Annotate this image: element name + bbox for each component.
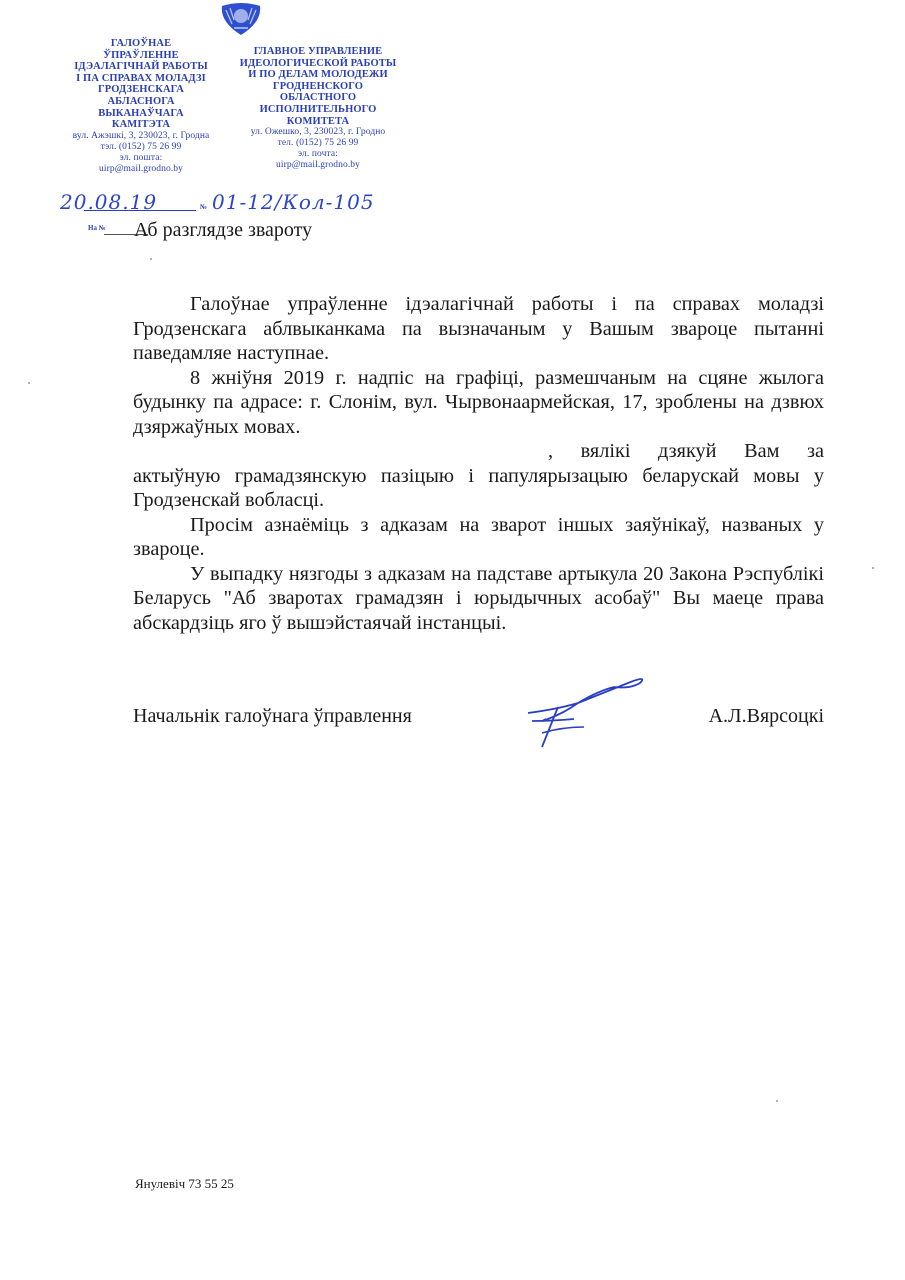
org-line: ОБЛАСТНОГО xyxy=(238,92,398,104)
org-phone: тэл. (0152) 75 26 99 xyxy=(72,142,210,153)
org-email: uirp@mail.grodno.by xyxy=(72,164,210,175)
scan-speck xyxy=(28,382,30,384)
executor-contact: Янулевіч 73 55 25 xyxy=(135,1176,234,1192)
org-line: И ПО ДЕЛАМ МОЛОДЕЖИ xyxy=(238,69,398,81)
paragraph: Галоўнае упраўленне ідэалагічнай работы … xyxy=(133,292,824,366)
letter-body: Галоўнае упраўленне ідэалагічнай работы … xyxy=(133,292,824,635)
number-label: № xyxy=(200,203,207,211)
org-line: ВЫКАНАЎЧАГА xyxy=(72,108,210,120)
subject-line: Аб разглядзе звароту xyxy=(134,219,312,242)
handwritten-date: 20.08.19 xyxy=(60,190,157,214)
handwritten-signature-icon xyxy=(518,669,668,749)
org-address: вул. Ажэшкі, 3, 230023, г. Гродна xyxy=(72,131,210,142)
handwritten-reg-number: 01-12/Кол-105 xyxy=(212,190,375,214)
scan-speck xyxy=(776,1100,778,1102)
org-line: КОМИТЕТА xyxy=(238,116,398,128)
org-line: КАМІТЭТА xyxy=(72,119,210,131)
org-line: ИСПОЛНИТЕЛЬНОГО xyxy=(238,104,398,116)
org-email-label: эл. пошта: xyxy=(72,153,210,164)
org-address: ул. Ожешко, 3, 230023, г. Гродно xyxy=(238,127,398,138)
org-line: ІДЭАЛАГІЧНАЙ РАБОТЫ xyxy=(72,61,210,73)
org-line: АБЛАСНОГА xyxy=(72,96,210,108)
org-line: ИДЕОЛОГИЧЕСКОЙ РАБОТЫ xyxy=(238,58,398,70)
org-line: ГРОДЗЕНСКАГА xyxy=(72,84,210,96)
paragraph: 8 жніўня 2019 г. надпіс на графіці, разм… xyxy=(133,366,824,440)
reference-label: На № xyxy=(88,224,106,232)
paragraph-text: , вялікі дзякуй Вам за актыўную грамадзя… xyxy=(133,440,824,511)
signatory-title: Начальнік галоўнага ўправлення xyxy=(133,705,412,728)
org-line: І ПА СПРАВАХ МОЛАДЗІ xyxy=(72,73,210,85)
state-emblem-icon xyxy=(218,2,264,36)
org-line: ГАЛОЎНАЕ ЎПРАЎЛЕННЕ xyxy=(72,38,210,61)
signatory-name: А.Л.Вярсоцкі xyxy=(709,705,824,728)
scan-speck xyxy=(872,567,874,569)
org-email-label: эл. почта: xyxy=(238,149,398,160)
letterhead-russian: ГЛАВНОЕ УПРАВЛЕНИЕ ИДЕОЛОГИЧЕСКОЙ РАБОТЫ… xyxy=(238,46,398,171)
paragraph: , вялікі дзякуй Вам за актыўную грамадзя… xyxy=(133,439,824,513)
org-email: uirp@mail.grodno.by xyxy=(238,160,398,171)
org-line: ГЛАВНОЕ УПРАВЛЕНИЕ xyxy=(238,46,398,58)
paragraph: Просім азнаёміць з адказам на зварот інш… xyxy=(133,513,824,562)
paragraph: У выпадку нязгоды з адказам на падставе … xyxy=(133,562,824,636)
org-phone: тел. (0152) 75 26 99 xyxy=(238,138,398,149)
org-line: ГРОДНЕНСКОГО xyxy=(238,81,398,93)
scan-speck xyxy=(150,258,152,260)
letterhead-belarusian: ГАЛОЎНАЕ ЎПРАЎЛЕННЕ ІДЭАЛАГІЧНАЙ РАБОТЫ … xyxy=(72,38,210,175)
